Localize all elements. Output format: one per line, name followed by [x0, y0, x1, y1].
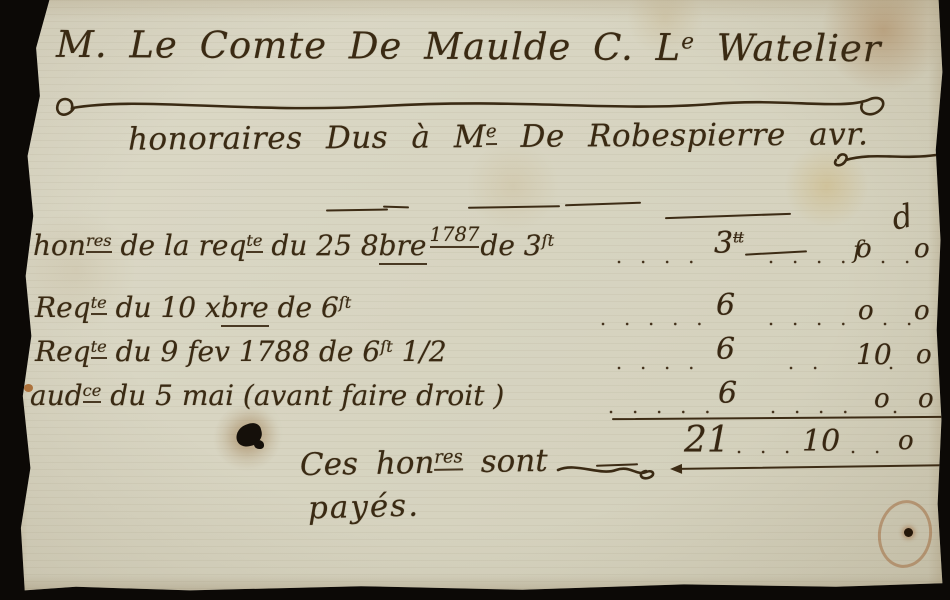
text-segment: te [91, 293, 107, 315]
text-segment: sont [463, 443, 548, 480]
livres-mark: tt [733, 229, 743, 247]
livres-amount: 6 [718, 376, 737, 411]
text-segment: du 5 mai (avant faire droit ) [101, 379, 504, 412]
leader-dots: . . . . [770, 398, 856, 417]
rust-speck [24, 384, 33, 392]
sous-amount: 10 [856, 338, 892, 371]
text-segment: ſt [339, 293, 352, 312]
total-livres: 21 [684, 420, 730, 461]
leader-dots: . . [892, 398, 916, 417]
closing-flourish [556, 458, 660, 484]
text-segment: Req [35, 335, 91, 368]
text-segment: M. Le Comte De Maulde C. L [56, 23, 681, 69]
leader-dots: . . . . [768, 310, 852, 329]
manuscript-paper: M. Le Comte De Maulde C. Le Watelier hon… [0, 0, 950, 600]
fee-description: honres de la reqte du 25 8bre1787de 3ſt [33, 232, 554, 260]
ink-blot-small [254, 440, 264, 449]
deniers-amount: o [918, 384, 934, 414]
text-segment: te [246, 231, 262, 253]
livres-amount: 6 [716, 288, 735, 323]
leader-dots: . . . . . [616, 354, 710, 373]
ink-stroke [468, 205, 560, 209]
photo-background: M. Le Comte De Maulde C. Le Watelier hon… [0, 0, 950, 600]
ink-stroke [326, 208, 388, 211]
fee-description: Reqte du 10 xbre de 6ſt [35, 294, 351, 322]
text-segment: honoraires Dus à M [128, 119, 486, 157]
text-segment: de 3 [480, 229, 541, 262]
text-segment: De Robespierre avr. [497, 116, 868, 155]
text-segment: du 10 x [107, 291, 221, 324]
leader-dots: . . . [850, 438, 894, 457]
text-segment: hon [33, 229, 86, 262]
leader-dots: . . . . . . [608, 398, 710, 417]
text-segment: bre [379, 229, 427, 265]
total-sous: 10 [802, 424, 840, 459]
leader-dots: . . [880, 248, 910, 267]
deniers-amount: o [914, 296, 930, 326]
text-segment: du 9 fev [107, 335, 230, 368]
text-segment: de 6 [269, 291, 339, 324]
text-segment: bre [221, 291, 269, 327]
closing-note-line2: payés. [308, 491, 421, 525]
fee-description: Reqte du 9 fev 1788 de 6ſt 1/2 [35, 338, 447, 366]
document-subtitle: honoraires Dus à Me De Robespierre avr. [128, 119, 869, 155]
total-deniers: o [898, 426, 914, 456]
fee-description: audce du 5 mai (avant faire droit ) [30, 382, 504, 410]
text-segment: te [91, 337, 107, 359]
fee-table-row: Reqte du 10 xbre de 6ſt . . . . . . . 6 … [0, 294, 950, 340]
text-segment: ce [83, 381, 102, 403]
leader-dots: . . [882, 310, 912, 329]
text-segment: 1787 [430, 223, 480, 248]
subtitle-flourish [832, 146, 940, 168]
livres-amount: 6 [716, 332, 735, 367]
text-segment: du 25 8 [263, 229, 379, 262]
text-segment: Watelier [695, 26, 882, 70]
text-segment: ſt [542, 231, 555, 250]
ink-stroke [565, 202, 641, 207]
fee-table-row: Reqte du 9 fev 1788 de 6ſt 1/2 . . . . .… [0, 338, 950, 384]
fee-table-row: honres de la reqte du 25 8bre1787de 3ſt … [0, 232, 950, 278]
text-segment: e [681, 29, 695, 54]
rust-speck [14, 372, 19, 377]
text-segment: 1/2 [393, 335, 447, 368]
leader-dots: . . [888, 354, 912, 373]
leader-dots: . . . . [768, 248, 852, 267]
leader-dots: . . . [736, 438, 798, 457]
text-segment: aud [30, 379, 83, 412]
leader-dots: . . . . . . [616, 248, 710, 267]
livres-amount: 3tt [714, 226, 743, 261]
rust-speck [12, 393, 18, 399]
text-segment: ſt [380, 337, 393, 356]
stamp-center-dot [904, 528, 913, 537]
ink-stroke [665, 213, 791, 219]
text-segment: e [486, 121, 497, 145]
text-segment: res [434, 446, 463, 470]
text-segment: Req [35, 291, 91, 324]
sous-amount: o [856, 234, 872, 264]
leader-dots: . . [788, 354, 848, 373]
text-segment: 1788 de 6 [230, 335, 380, 368]
text-segment: res [86, 231, 112, 253]
closing-note-line1: Ces honres sont [300, 446, 548, 481]
deniers-amount: o [914, 234, 930, 264]
deniers-amount: o [916, 340, 932, 370]
sous-amount: o [874, 384, 890, 414]
text-segment: Ces hon [300, 445, 435, 483]
text-segment: de la req [112, 229, 247, 262]
sous-amount: o [858, 296, 874, 326]
leader-dots: . . . . . . . [600, 310, 710, 329]
document-title: M. Le Comte De Maulde C. Le Watelier [56, 26, 882, 67]
